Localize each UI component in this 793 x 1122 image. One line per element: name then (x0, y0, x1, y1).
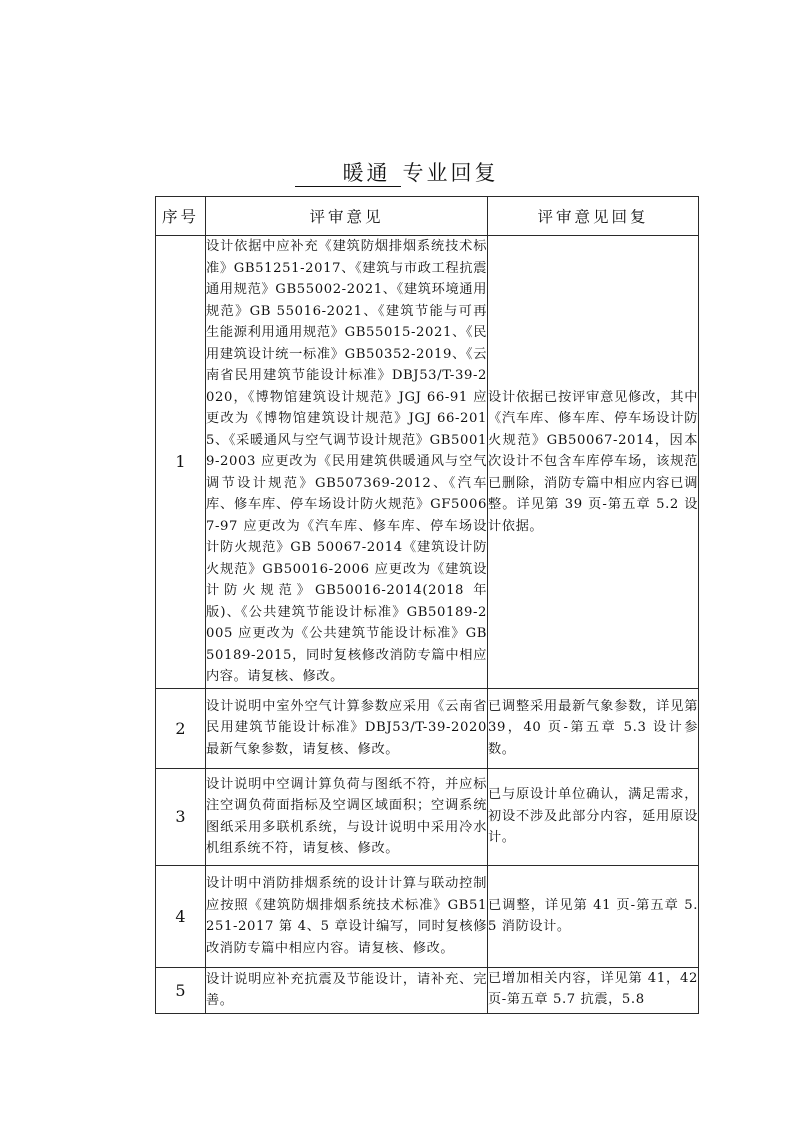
discipline-name: 暖通 (295, 160, 401, 187)
review-reply: 已调整采用最新气象参数，详见第 39，40 页-第五章 5.3 设计参数。 (488, 688, 699, 768)
review-comment: 设计明中消防排烟系统的设计计算与联动控制应按照《建筑防烟排烟系统技术标准》GB5… (206, 865, 488, 967)
row-number: 3 (156, 768, 206, 865)
header-review-reply: 评审意见回复 (488, 197, 699, 236)
row-number: 5 (156, 967, 206, 1013)
row-number: 4 (156, 865, 206, 967)
header-review-comment: 评审意见 (206, 197, 488, 236)
row-number: 2 (156, 688, 206, 768)
table-header-row: 序号 评审意见 评审意见回复 (156, 197, 699, 236)
table-row: 1 设计依据中应补充《建筑防烟排烟系统技术标准》GB51251-2017、《建筑… (156, 236, 699, 689)
table-row: 5 设计说明应补充抗震及节能设计，请补充、完善。 已增加相关内容，详见第 41，… (156, 967, 699, 1013)
title-suffix: 专业回复 (403, 161, 499, 185)
table-row: 3 设计说明中空调计算负荷与图纸不符，并应标注空调负荷面指标及空调区域面积；空调… (156, 768, 699, 865)
review-comment: 设计依据中应补充《建筑防烟排烟系统技术标准》GB51251-2017、《建筑与市… (206, 236, 488, 689)
review-comment: 设计说明中室外空气计算参数应采用《云南省民用建筑节能设计标准》DBJ53/T-3… (206, 688, 488, 768)
table-row: 4 设计明中消防排烟系统的设计计算与联动控制应按照《建筑防烟排烟系统技术标准》G… (156, 865, 699, 967)
review-response-table: 序号 评审意见 评审意见回复 1 设计依据中应补充《建筑防烟排烟系统技术标准》G… (155, 196, 699, 1014)
review-reply: 已调整，详见第 41 页-第五章 5.5 消防设计。 (488, 865, 699, 967)
header-serial-number: 序号 (156, 197, 206, 236)
review-reply: 已增加相关内容，详见第 41，42 页-第五章 5.7 抗震，5.8 (488, 967, 699, 1013)
page-title: 暖通专业回复 (0, 160, 793, 187)
review-comment: 设计说明中空调计算负荷与图纸不符，并应标注空调负荷面指标及空调区域面积；空调系统… (206, 768, 488, 865)
table-row: 2 设计说明中室外空气计算参数应采用《云南省民用建筑节能设计标准》DBJ53/T… (156, 688, 699, 768)
review-reply: 设计依据已按评审意见修改，其中《汽车库、修车库、停车场设计防火规范》GB5006… (488, 236, 699, 689)
review-reply: 已与原设计单位确认，满足需求，初设不涉及此部分内容，延用原设计。 (488, 768, 699, 865)
review-comment: 设计说明应补充抗震及节能设计，请补充、完善。 (206, 967, 488, 1013)
row-number: 1 (156, 236, 206, 689)
